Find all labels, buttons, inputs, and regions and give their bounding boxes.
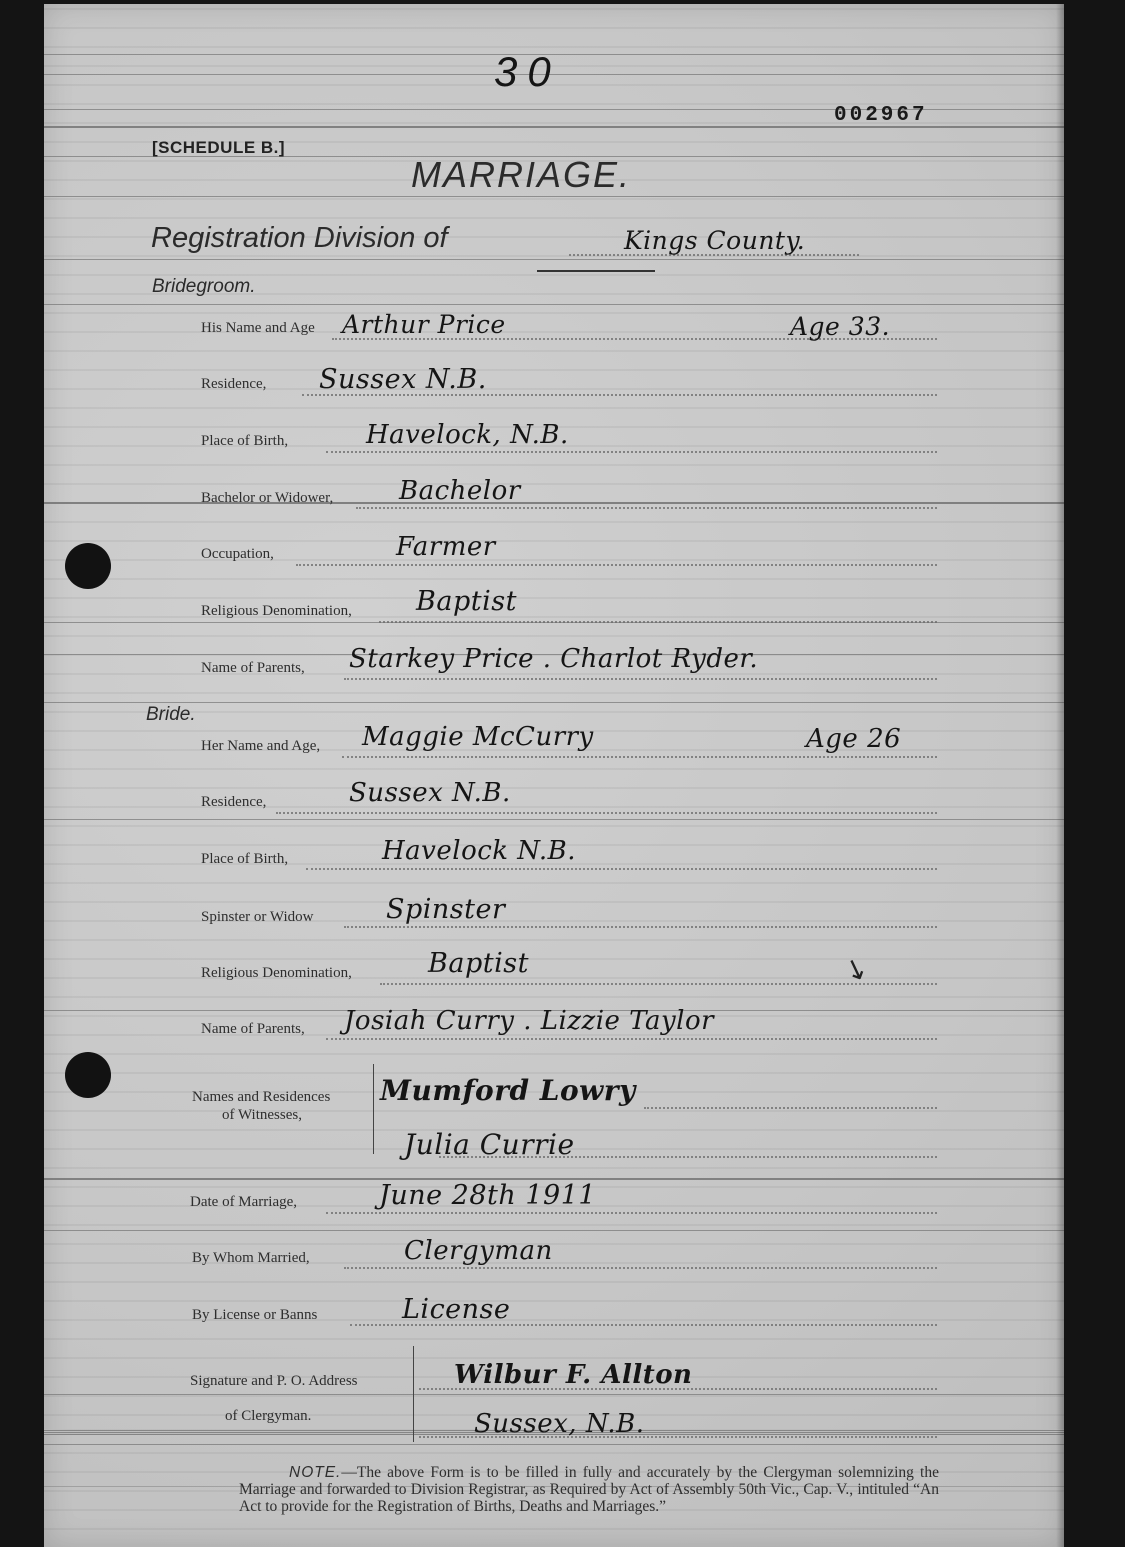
clergyman-name-value: Wilbur F. Allton	[454, 1360, 692, 1390]
license-or-banns-label: By License or Banns	[192, 1307, 317, 1324]
bride-parents-label: Name of Parents,	[201, 1021, 305, 1038]
groom-occupation-value: Farmer	[396, 532, 496, 562]
division-underline	[537, 270, 655, 272]
groom-name-value: Arthur Price	[342, 310, 506, 339]
dotted-line	[644, 1107, 937, 1109]
ruled-line	[44, 1444, 1064, 1445]
dotted-line	[344, 926, 937, 928]
witness-1-value: Mumford Lowry	[380, 1074, 636, 1107]
bride-section-label: Bride.	[146, 704, 196, 726]
witnesses-label-line1: Names and Residences	[192, 1089, 330, 1106]
groom-residence-label: Residence,	[201, 376, 266, 393]
hole-punch	[65, 1052, 111, 1098]
dotted-line	[356, 507, 937, 509]
bride-religion-value: Baptist	[428, 948, 529, 979]
ruled-line	[44, 702, 1064, 703]
groom-parents-label: Name of Parents,	[201, 660, 305, 677]
bride-birthplace-value: Havelock N.B.	[382, 836, 576, 866]
dotted-line	[296, 564, 937, 566]
groom-religion-label: Religious Denomination,	[201, 603, 352, 620]
license-or-banns-value: License	[402, 1294, 510, 1325]
dotted-line	[379, 621, 937, 623]
signature-label: Signature and P. O. Address	[190, 1373, 358, 1390]
bride-marital-label: Spinster or Widow	[201, 909, 313, 926]
dotted-line	[306, 868, 937, 870]
dotted-line	[344, 678, 937, 680]
witnesses-brace	[373, 1064, 374, 1154]
bride-residence-label: Residence,	[201, 794, 266, 811]
bride-parents-value: Josiah Curry . Lizzie Taylor	[344, 1006, 714, 1036]
marriage-registration-form: 30 002967 [SCHEDULE B.] MARRIAGE. Regist…	[44, 4, 1064, 1547]
bride-religion-label: Religious Denomination,	[201, 965, 352, 982]
dotted-line	[344, 1267, 937, 1269]
ruled-line	[44, 1394, 1064, 1395]
paper-edge-shadow	[1056, 4, 1064, 1547]
date-of-marriage-label: Date of Marriage,	[190, 1194, 297, 1211]
signature-label-line2: of Clergyman.	[225, 1408, 311, 1425]
dotted-line	[326, 1038, 937, 1040]
bride-name-label: Her Name and Age,	[201, 738, 320, 755]
form-note: NOTE.—The above Form is to be filled in …	[239, 1464, 939, 1515]
dotted-line	[326, 1212, 937, 1214]
bride-age-value: Age 26	[806, 724, 901, 754]
dotted-line	[342, 756, 937, 758]
groom-occupation-label: Occupation,	[201, 546, 274, 563]
groom-marital-value: Bachelor	[399, 476, 521, 506]
registration-division-label: Registration Division of	[151, 222, 448, 255]
date-of-marriage-value: June 28th 1911	[379, 1180, 596, 1211]
ruled-line	[44, 259, 1064, 260]
groom-parents-value: Starkey Price . Charlot Ryder.	[349, 644, 758, 674]
groom-birthplace-label: Place of Birth,	[201, 433, 288, 450]
ruled-line	[44, 304, 1064, 305]
dotted-line	[276, 812, 937, 814]
bride-residence-value: Sussex N.B.	[349, 778, 511, 808]
registration-division-value: Kings County.	[624, 226, 805, 255]
by-whom-married-value: Clergyman	[404, 1236, 553, 1266]
ruled-line	[44, 196, 1064, 197]
page-number-handwritten: 30	[494, 48, 561, 96]
groom-marital-label: Bachelor or Widower,	[201, 490, 333, 507]
bride-marital-value: Spinster	[386, 894, 505, 925]
note-heading: NOTE.	[289, 1464, 341, 1481]
bride-birthplace-label: Place of Birth,	[201, 851, 288, 868]
document-title: MARRIAGE.	[411, 154, 631, 196]
groom-residence-value: Sussex N.B.	[319, 364, 487, 395]
by-whom-married-label: By Whom Married,	[192, 1250, 310, 1267]
groom-name-label: His Name and Age	[201, 320, 315, 337]
groom-age-value: Age 33.	[790, 312, 890, 341]
dotted-line	[326, 451, 937, 453]
ruled-line	[44, 502, 1064, 504]
groom-birthplace-value: Havelock, N.B.	[366, 420, 569, 450]
ruled-line	[44, 1230, 1064, 1231]
clergyman-address-value: Sussex, N.B.	[474, 1409, 645, 1439]
hole-punch	[65, 543, 111, 589]
ruled-line	[44, 819, 1064, 820]
note-text: —The above Form is to be filled in fully…	[239, 1464, 939, 1515]
schedule-label: [SCHEDULE B.]	[152, 138, 285, 158]
groom-religion-value: Baptist	[416, 586, 517, 617]
bride-name-value: Maggie McCurry	[362, 722, 594, 752]
serial-number: 002967	[834, 104, 928, 127]
witness-2-value: Julia Currie	[404, 1128, 575, 1161]
signature-brace	[413, 1346, 414, 1442]
bridegroom-section-label: Bridegroom.	[152, 276, 256, 298]
witnesses-label-line2: of Witnesses,	[222, 1107, 302, 1124]
